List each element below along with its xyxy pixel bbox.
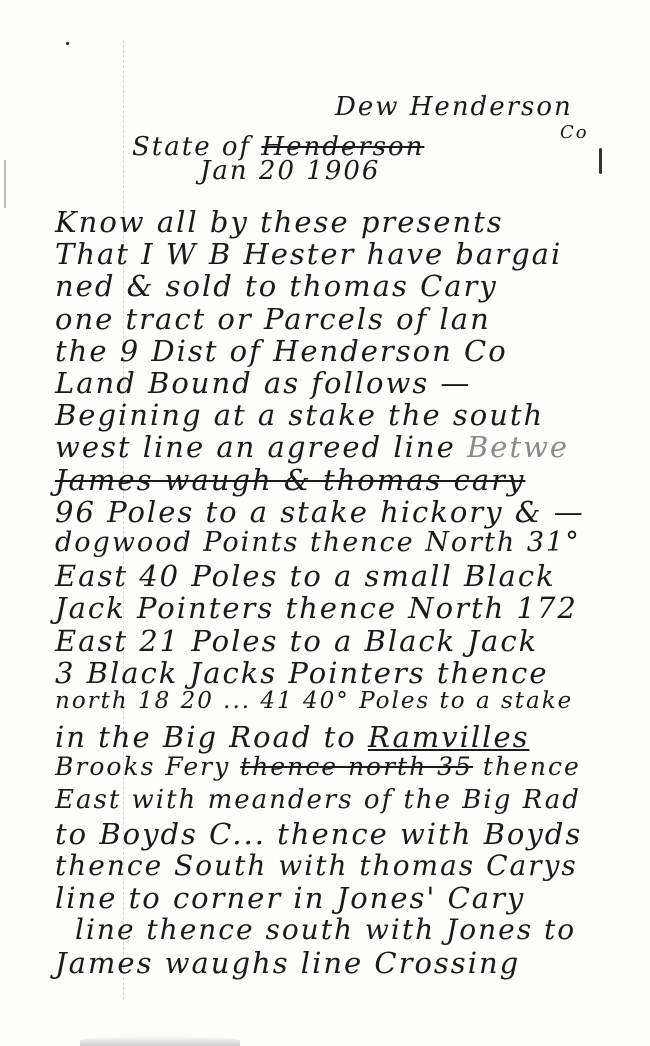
scan-smudge bbox=[80, 1036, 240, 1046]
deed-line: line to corner in Jones' Cary bbox=[55, 881, 525, 915]
deed-line-segment: East 21 Poles to a Black Jack bbox=[55, 624, 538, 658]
deed-line: ned & sold to thomas Cary bbox=[55, 269, 498, 303]
deed-line: Jack Pointers thence North 172 bbox=[55, 591, 578, 625]
deed-line: north 18 20 ... 41 40° Poles to a stake bbox=[55, 688, 573, 714]
county-insert-text: Dew Henderson bbox=[335, 92, 573, 122]
deed-line: East 40 Poles to a small Black bbox=[55, 559, 556, 593]
scanned-document-page: Dew Henderson Co State of Henderson Jan … bbox=[0, 0, 650, 1046]
deed-line-segment: one tract or Parcels of lan bbox=[55, 302, 491, 336]
document-date: Jan 20 1906 bbox=[200, 156, 380, 186]
deed-line-segment: Land Bound as follows — bbox=[55, 366, 471, 400]
deed-line-segment: line thence south with Jones to bbox=[75, 913, 576, 946]
deed-line-segment: East with meanders of the Big Rad bbox=[55, 785, 581, 815]
deed-line-segment: thence north 35 bbox=[240, 752, 473, 781]
deed-line: James waughs line Crossing bbox=[55, 946, 520, 980]
deed-line-segment: Begining at a stake the south bbox=[55, 398, 544, 432]
deed-line-segment: James waugh & thomas cary bbox=[55, 463, 525, 497]
deed-line-segment: Brooks Fery bbox=[55, 752, 240, 781]
deed-line-segment: Jack Pointers thence North 172 bbox=[55, 591, 578, 625]
deed-line-segment: 96 Poles to a stake hickory & — bbox=[55, 495, 585, 529]
ink-speck bbox=[66, 42, 69, 45]
deed-line: to Boyds C... thence with Boyds bbox=[55, 817, 582, 851]
deed-line: Land Bound as follows — bbox=[55, 366, 471, 400]
deed-line-segment: Betwe bbox=[467, 430, 569, 464]
deed-line-segment: ned & sold to thomas Cary bbox=[55, 269, 498, 303]
deed-line: James waugh & thomas cary bbox=[55, 463, 525, 497]
deed-line-segment: line to corner in Jones' Cary bbox=[55, 881, 525, 915]
deed-line-segment: to Boyds C... thence with Boyds bbox=[55, 817, 582, 851]
deed-line-segment: James waughs line Crossing bbox=[55, 946, 520, 980]
deed-line: line thence south with Jones to bbox=[75, 913, 576, 946]
deed-line-segment: west line an agreed line bbox=[55, 430, 467, 464]
deed-line-segment: the 9 Dist of Henderson Co bbox=[55, 334, 508, 368]
deed-line-segment: dogwood Points thence North 31° bbox=[55, 527, 581, 558]
deed-line: thence South with thomas Carys bbox=[55, 849, 578, 882]
deed-line: the 9 Dist of Henderson Co bbox=[55, 334, 508, 368]
deed-line-segment: East 40 Poles to a small Black bbox=[55, 559, 556, 593]
deed-line: 96 Poles to a stake hickory & — bbox=[55, 495, 585, 529]
left-edge-mark bbox=[4, 160, 6, 208]
deed-line-segment: 3 Black Jacks Pointers thence bbox=[55, 656, 549, 690]
deed-line-segment: in the Big Road to bbox=[55, 720, 368, 754]
deed-line: Know all by these presents bbox=[55, 205, 504, 239]
deed-line: 3 Black Jacks Pointers thence bbox=[55, 656, 549, 690]
county-suffix: Co bbox=[560, 122, 589, 143]
deed-line: Brooks Fery thence north 35 thence bbox=[55, 752, 581, 781]
deed-line: East with meanders of the Big Rad bbox=[55, 785, 581, 815]
deed-line-segment: thence bbox=[473, 752, 581, 781]
deed-line-segment: thence South with thomas Carys bbox=[55, 849, 578, 882]
deed-line: in the Big Road to Ramvilles bbox=[55, 720, 530, 754]
right-edge-ink-mark bbox=[599, 148, 602, 174]
county-insert: Dew Henderson bbox=[335, 92, 573, 122]
deed-line: That I W B Hester have bargai bbox=[55, 237, 562, 271]
deed-line: Begining at a stake the south bbox=[55, 398, 544, 432]
deed-line-segment: Know all by these presents bbox=[55, 205, 504, 239]
deed-line: dogwood Points thence North 31° bbox=[55, 527, 581, 558]
deed-line-segment: north 18 20 ... 41 40° Poles to a stake bbox=[55, 688, 573, 714]
deed-line: west line an agreed line Betwe bbox=[55, 430, 569, 464]
deed-line: one tract or Parcels of lan bbox=[55, 302, 491, 336]
deed-line-segment: That I W B Hester have bargai bbox=[55, 237, 562, 271]
deed-line-segment: Ramvilles bbox=[368, 720, 530, 754]
deed-line: East 21 Poles to a Black Jack bbox=[55, 624, 538, 658]
